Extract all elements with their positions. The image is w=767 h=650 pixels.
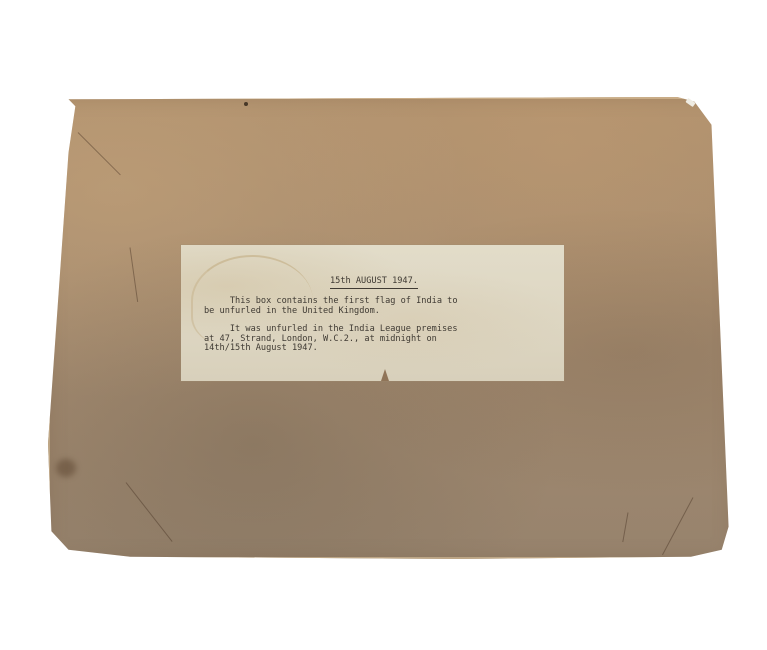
label-tear [381,369,389,381]
stain-mark [56,459,76,477]
crease-mark [662,497,693,555]
typed-paper-label: 15th AUGUST 1947. This box contains the … [181,245,564,381]
crease-mark [622,512,628,542]
stain-mark [244,102,248,106]
label-heading: 15th AUGUST 1947. [330,277,418,289]
label-paragraph-2: It was unfurled in the India League prem… [204,325,458,354]
label-paragraph-1: This box contains the first flag of Indi… [204,297,458,316]
crease-mark [78,132,121,175]
crease-mark [126,482,173,542]
crease-mark [130,247,139,302]
